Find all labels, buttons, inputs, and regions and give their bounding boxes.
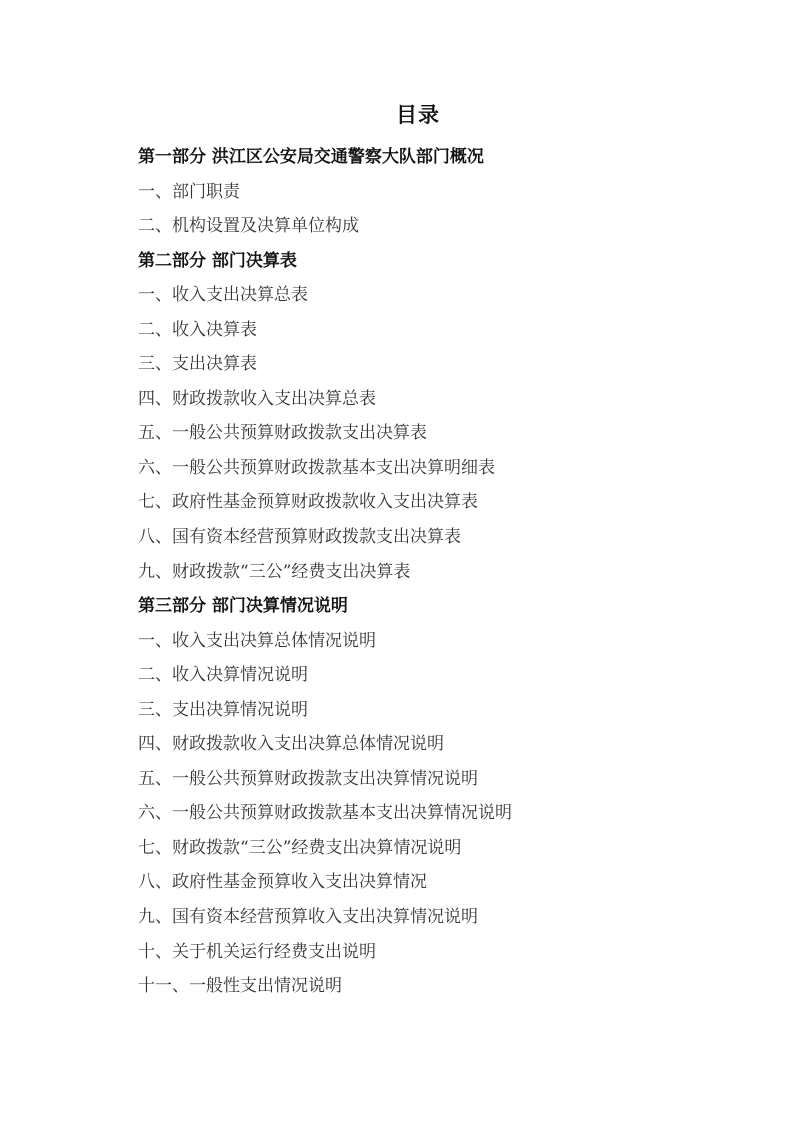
toc-entry[interactable]: 九、国有资本经营预算收入支出决算情况说明: [138, 900, 512, 935]
toc-entry[interactable]: 一、部门职责: [138, 175, 512, 210]
toc-entry[interactable]: 三、支出决算表: [138, 347, 512, 382]
toc-entry[interactable]: 十、关于机关运行经费支出说明: [138, 935, 512, 970]
toc-entry[interactable]: 八、政府性基金预算收入支出决算情况: [138, 865, 512, 900]
toc-entry[interactable]: 五、一般公共预算财政拨款支出决算表: [138, 416, 512, 451]
toc-entry[interactable]: 四、财政拨款收入支出决算总表: [138, 382, 512, 417]
toc-entry[interactable]: 九、财政拨款“三公”经费支出决算表: [138, 555, 512, 590]
table-of-contents: 第一部分 洪江区公安局交通警察大队部门概况 一、部门职责 二、机构设置及决算单位…: [138, 140, 512, 1004]
toc-entry[interactable]: 六、一般公共预算财政拨款基本支出决算情况说明: [138, 796, 512, 831]
toc-entry[interactable]: 二、收入决算情况说明: [138, 658, 512, 693]
toc-entry[interactable]: 四、财政拨款收入支出决算总体情况说明: [138, 727, 512, 762]
toc-entry[interactable]: 七、政府性基金预算财政拨款收入支出决算表: [138, 485, 512, 520]
toc-entry[interactable]: 六、一般公共预算财政拨款基本支出决算明细表: [138, 451, 512, 486]
toc-entry[interactable]: 十一、一般性支出情况说明: [138, 969, 512, 1004]
toc-entry[interactable]: 七、财政拨款“三公”经费支出决算情况说明: [138, 831, 512, 866]
toc-part-heading[interactable]: 第二部分 部门决算表: [138, 244, 512, 279]
toc-entry[interactable]: 五、一般公共预算财政拨款支出决算情况说明: [138, 762, 512, 797]
toc-entry[interactable]: 一、收入支出决算总表: [138, 278, 512, 313]
toc-entry[interactable]: 二、收入决算表: [138, 313, 512, 348]
page-title: 目录: [0, 100, 793, 130]
toc-part-heading[interactable]: 第三部分 部门决算情况说明: [138, 589, 512, 624]
toc-part-heading[interactable]: 第一部分 洪江区公安局交通警察大队部门概况: [138, 140, 512, 175]
toc-entry[interactable]: 一、收入支出决算总体情况说明: [138, 624, 512, 659]
toc-entry[interactable]: 八、国有资本经营预算财政拨款支出决算表: [138, 520, 512, 555]
toc-entry[interactable]: 三、支出决算情况说明: [138, 693, 512, 728]
document-page: 目录 第一部分 洪江区公安局交通警察大队部门概况 一、部门职责 二、机构设置及决…: [0, 0, 793, 1122]
toc-entry[interactable]: 二、机构设置及决算单位构成: [138, 209, 512, 244]
